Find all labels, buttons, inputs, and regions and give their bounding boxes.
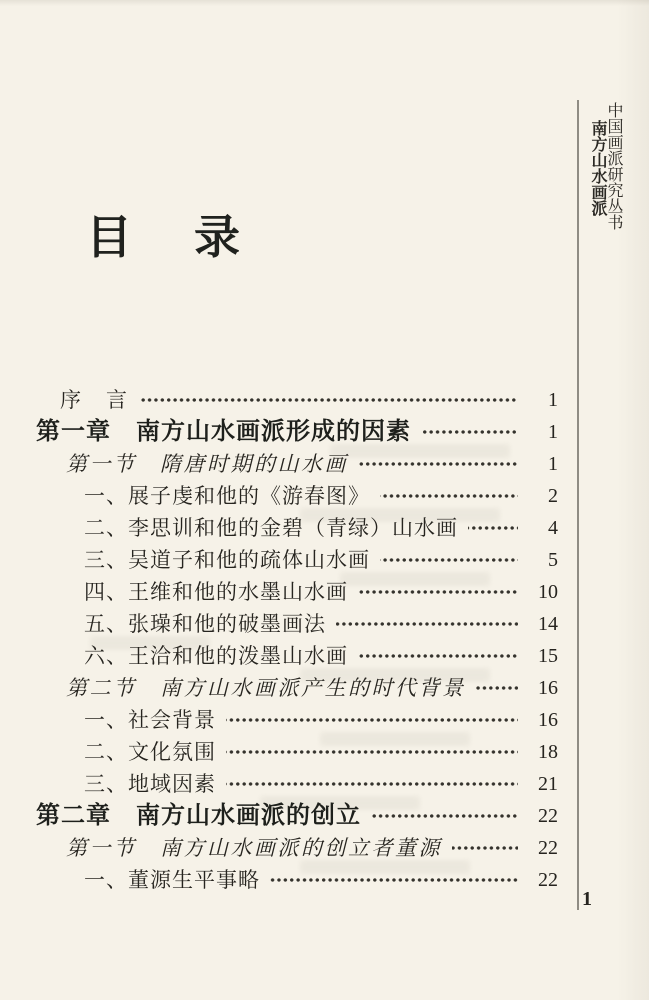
page-title-char-1: 目 (86, 214, 132, 260)
toc-page-number: 15 (524, 646, 558, 666)
sidebar-vertical-text: 中国画派研究丛书 南方山水画派 (589, 102, 621, 230)
dot-leader (452, 832, 518, 864)
dot-leader (371, 800, 518, 832)
toc-page-number: 10 (524, 582, 558, 602)
toc-entry-label: 五、张璪和他的破墨画法 (0, 614, 326, 635)
dot-leader (139, 384, 518, 416)
toc-entry: 三、吴道子和他的疏体山水画 5 (0, 544, 558, 576)
sidebar-divider-rule (577, 100, 579, 910)
toc-page-number: 2 (524, 486, 558, 506)
toc-entry: 四、王维和他的水墨山水画 10 (0, 576, 558, 608)
toc-entry-label: 三、地域因素 (0, 774, 216, 795)
toc-entry: 第二节 南方山水画派产生的时代背景 16 (0, 672, 558, 704)
toc-entry-label: 一、展子虔和他的《游春图》 (0, 486, 370, 507)
toc-page-number: 22 (524, 806, 558, 826)
toc-entry: 五、张璪和他的破墨画法 14 (0, 608, 558, 640)
toc-entry: 六、王洽和他的泼墨山水画 15 (0, 640, 558, 672)
toc-page-number: 1 (524, 454, 558, 474)
dot-leader (476, 672, 519, 704)
toc-entry: 第二章 南方山水画派的创立 22 (0, 800, 558, 832)
toc-entry: 一、董源生平事略 22 (0, 864, 558, 896)
toc-entry: 一、社会背景 16 (0, 704, 558, 736)
toc-entry-label: 三、吴道子和他的疏体山水画 (0, 550, 370, 571)
toc-page-number: 21 (524, 774, 558, 794)
dot-leader (421, 416, 518, 448)
toc-entry: 第一节 南方山水画派的创立者董源 22 (0, 832, 558, 864)
page-title-char-2: 录 (194, 214, 240, 260)
toc-entry-label: 二、文化氛围 (0, 742, 216, 763)
toc-page-number: 22 (524, 870, 558, 890)
toc-entry: 二、李思训和他的金碧（青绿）山水画 4 (0, 512, 558, 544)
toc-page-number: 22 (524, 838, 558, 858)
dot-leader (358, 640, 518, 672)
toc-page-number: 1 (524, 422, 558, 442)
dot-leader (270, 864, 518, 896)
dot-leader (380, 544, 518, 576)
folio-page-number: 1 (582, 888, 592, 911)
dot-leader (226, 768, 518, 800)
dot-leader (226, 704, 518, 736)
toc-entry-label: 一、社会背景 (0, 710, 216, 731)
dot-leader (358, 448, 518, 480)
toc-page-number: 14 (524, 614, 558, 634)
toc-entry: 二、文化氛围 18 (0, 736, 558, 768)
toc-page-number: 18 (524, 742, 558, 762)
toc-entry-label: 序 言 (0, 390, 129, 411)
toc-entry-label: 第二章 南方山水画派的创立 (0, 804, 361, 828)
dot-leader (336, 608, 518, 640)
toc-entry-label: 二、李思训和他的金碧（青绿）山水画 (0, 518, 458, 539)
toc-page-number: 5 (524, 550, 558, 570)
series-title: 中国画派研究丛书 (605, 102, 621, 230)
dot-leader (380, 480, 518, 512)
toc-entry-label: 第二节 南方山水画派产生的时代背景 (0, 678, 466, 699)
toc-entry: 一、展子虔和他的《游春图》 2 (0, 480, 558, 512)
toc-entry: 三、地域因素 21 (0, 768, 558, 800)
toc-entry: 序 言 1 (0, 384, 558, 416)
toc-entry-label: 第一节 隋唐时期的山水画 (0, 454, 348, 475)
dot-leader (358, 576, 518, 608)
dot-leader (226, 736, 518, 768)
toc-entry-label: 六、王洽和他的泼墨山水画 (0, 646, 348, 667)
toc-entry-label: 第一节 南方山水画派的创立者董源 (0, 838, 442, 859)
toc-page-number: 4 (524, 518, 558, 538)
toc-entry: 第一章 南方山水画派形成的因素 1 (0, 416, 558, 448)
toc-page-number: 1 (524, 390, 558, 410)
page-title: 目 录 (86, 214, 240, 260)
toc-page-number: 16 (524, 678, 558, 698)
book-title: 南方山水画派 (589, 120, 605, 230)
toc-entry-label: 第一章 南方山水画派形成的因素 (0, 420, 411, 444)
toc-page-number: 16 (524, 710, 558, 730)
toc-entry-label: 一、董源生平事略 (0, 870, 260, 891)
table-of-contents: 序 言 1 第一章 南方山水画派形成的因素 1 第一节 隋唐时期的山水画 1 一… (0, 384, 558, 896)
toc-entry: 第一节 隋唐时期的山水画 1 (0, 448, 558, 480)
dot-leader (468, 512, 518, 544)
scanned-book-page: { "page": { "title_chars": ["目", "录"], "… (0, 0, 649, 1000)
toc-entry-label: 四、王维和他的水墨山水画 (0, 582, 348, 603)
